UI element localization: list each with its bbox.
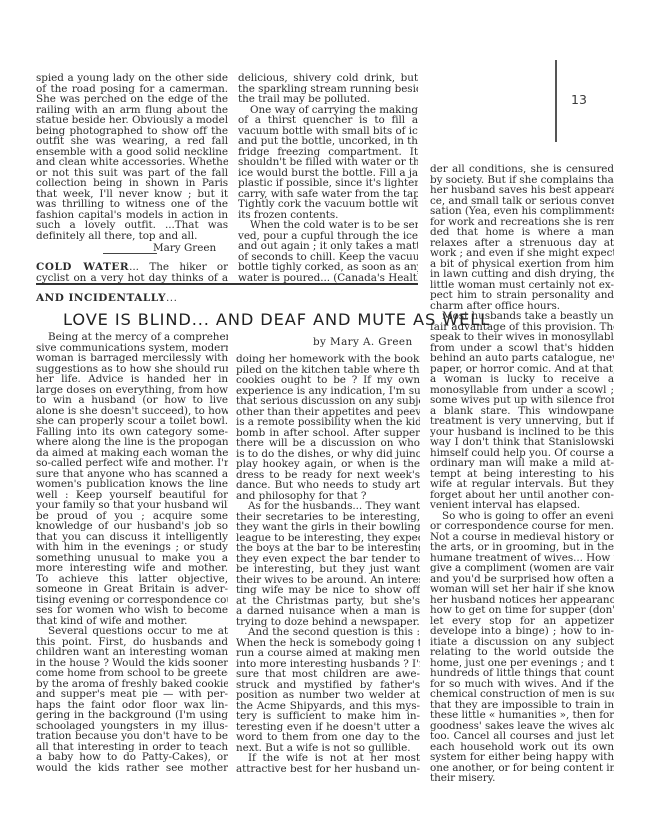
article-headline: LOVE IS BLIND... AND DEAF AND MUTE AS WE… bbox=[63, 310, 490, 329]
text-line: doing her homework with the books bbox=[236, 354, 420, 365]
text-line: all that interesting in order to teach bbox=[36, 742, 228, 753]
text-line: they want the girls in their bowling bbox=[236, 522, 420, 533]
text-line: wife at regular intervals. But they bbox=[430, 479, 614, 490]
text-line: is to do the dishes, or why did juinor bbox=[236, 449, 420, 460]
text-line: suggestions as to how she should run bbox=[36, 364, 228, 375]
text-line: piled on the kitchen table where the bbox=[236, 365, 420, 376]
text-line: haps the faint odor floor wax lin- bbox=[36, 700, 228, 711]
text-line: and supper's meat pie — with per- bbox=[36, 689, 228, 700]
text-line: home, just one per evenings ; and the bbox=[430, 658, 614, 669]
text-line: ce, and small talk or serious conver- bbox=[430, 196, 614, 207]
text-line: teresting even if he doesn't utter a bbox=[236, 722, 420, 733]
text-line: that kind of wife and mother. bbox=[36, 616, 228, 627]
text-line: with him in the evenings ; or study bbox=[36, 542, 228, 553]
text-line: sation (Yea, even his complimments) bbox=[430, 206, 614, 217]
text-line: more interesting wife and mother. bbox=[36, 563, 228, 574]
text-line: and you'd be surprised how often a bbox=[430, 574, 614, 585]
text-line: charm after office hours. bbox=[430, 301, 614, 312]
text-line: its frozen contents. bbox=[238, 210, 418, 221]
text-line: for so much with wives. And if the bbox=[430, 679, 614, 690]
text-line: experience is any indication, I'm sure bbox=[236, 386, 420, 397]
text-line: sure that most children are awe- bbox=[236, 669, 420, 680]
text-line: When the heck is somebody going to bbox=[236, 638, 420, 649]
text-line: speak to their wives in monosyllables bbox=[430, 332, 614, 343]
text-line: give a compliment (women are vain, bbox=[430, 563, 614, 574]
text-line: da aimed at making each woman the bbox=[36, 448, 228, 459]
text-line: run a course aimed at making men bbox=[236, 648, 420, 659]
text-line: from under a scowl that's hidden bbox=[430, 343, 614, 354]
text-line: or not this suit was part of the fall bbox=[36, 168, 228, 179]
text-line: such a lovely outfit. ...That was bbox=[36, 220, 228, 231]
text-line: dress to be ready for next week's bbox=[236, 470, 420, 481]
text-line: plastic if possible, since it's lighter … bbox=[238, 178, 418, 189]
cold-water-line2: cyclist on a very hot day thinks of a bbox=[36, 273, 228, 284]
text-line: forget about her until another con- bbox=[430, 490, 614, 501]
text-line: that week, I'll never know ; but it bbox=[36, 189, 228, 200]
text-line: vacuum bottle with small bits of ice bbox=[238, 126, 418, 137]
text-line: shouldn't be filled with water or the bbox=[238, 157, 418, 168]
text-line: As for the husbands... They want bbox=[236, 501, 420, 512]
text-line: One way of carrying the makings bbox=[238, 105, 418, 116]
text-line: himself could help you. Of course any bbox=[430, 448, 614, 459]
cold-water-column-1: COLD WATER... The hiker or cyclist on a … bbox=[36, 262, 228, 283]
text-line: little woman must certainly not ex- bbox=[430, 280, 614, 291]
article-column-1: Being at the mercy of a comprehen-sive c… bbox=[36, 332, 228, 773]
text-line: being photographed to show off the bbox=[36, 126, 228, 137]
text-line: that they are impossible to train in bbox=[430, 700, 614, 711]
text-line: hundreds of little things that count bbox=[430, 668, 614, 679]
text-line: their secretaries to be interesting, bbox=[236, 512, 420, 523]
text-line: a baby how to do Patty-Cakes), or bbox=[36, 752, 228, 763]
text-line: other than their appetites and peeves, bbox=[236, 407, 420, 418]
text-line: their misery. bbox=[430, 773, 614, 784]
text-line: goodness' sakes leave the wives alone bbox=[430, 721, 614, 732]
cold-water-lead-in: COLD WATER bbox=[36, 262, 129, 273]
text-line: to win a husband (or how to live bbox=[36, 395, 228, 406]
text-line: the trail may be polluted. bbox=[238, 94, 418, 105]
text-line: relaxes after a strenuous day at bbox=[430, 238, 614, 249]
text-line: by the aroma of freshly baked cookies bbox=[36, 679, 228, 690]
text-line: be interesting, but they just want bbox=[236, 564, 420, 575]
article-kicker: AND INCIDENTALLY... bbox=[36, 292, 177, 304]
text-line: tising evening or correspondence cour- bbox=[36, 595, 228, 606]
text-line: children want an interesting woman bbox=[36, 647, 228, 658]
page-number: 13 bbox=[571, 92, 587, 107]
text-line: her life. Advice is handed her in bbox=[36, 374, 228, 385]
text-line: delicious, shivery cold drink, but bbox=[238, 73, 418, 84]
text-line: that you can discuss it intelligently bbox=[36, 532, 228, 543]
text-line: how to get on time for supper (don't bbox=[430, 605, 614, 616]
text-line: fridge freezing compartment. It bbox=[238, 147, 418, 158]
text-line: fashion capital's models in action in bbox=[36, 210, 228, 221]
text-line: let every stop for an appetizer bbox=[430, 616, 614, 627]
text-line: venient interval has elapsed. bbox=[430, 500, 614, 511]
text-line: their wives to be around. An interes- bbox=[236, 575, 420, 586]
text-line: her husband notices her appearance) ; bbox=[430, 595, 614, 606]
text-line: behind an auto parts catalogue, news- bbox=[430, 353, 614, 364]
text-line: ting wife may be nice to show off bbox=[236, 585, 420, 596]
text-line: of a thirst quencher is to fill a bbox=[238, 115, 418, 126]
article-column-3: der all conditions, she is censuredby so… bbox=[430, 164, 614, 784]
text-line: When the cold water is to be ser- bbox=[238, 220, 418, 231]
text-line: something unusual to make you a bbox=[36, 553, 228, 564]
text-line: Not a course in medieval history or bbox=[430, 532, 614, 543]
text-line: and clean white accessories. Whether bbox=[36, 157, 228, 168]
text-line: each household work out its own bbox=[430, 742, 614, 753]
text-line: treatment is very unnerving, but if bbox=[430, 416, 614, 427]
text-line: by society. But if she complains that bbox=[430, 175, 614, 186]
text-line: a blank stare. This windowpane bbox=[430, 406, 614, 417]
text-line: one another, or for being content in bbox=[430, 763, 614, 774]
text-line: definitely all there, top and all. bbox=[36, 231, 228, 242]
text-line: sure that anyone who has scanned a bbox=[36, 469, 228, 480]
text-line: outfit she was wearing, a red fall bbox=[36, 136, 228, 147]
text-line: a darned nuisance when a man is bbox=[236, 606, 420, 617]
text-line: schoolaged youngsters in my illus- bbox=[36, 721, 228, 732]
text-line: She was perched on the edge of the bbox=[36, 94, 228, 105]
text-line: If the wife is not at her most bbox=[236, 753, 420, 764]
text-line: too. Cancel all courses and just let bbox=[430, 731, 614, 742]
text-line: system for either being happy with bbox=[430, 752, 614, 763]
text-line: chemical construction of men is such bbox=[430, 689, 614, 700]
text-line: for work and recreations she is remin- bbox=[430, 217, 614, 228]
text-line: develope into a binge) ; how to in- bbox=[430, 626, 614, 637]
text-line: itiate a discussion on any subject bbox=[430, 637, 614, 648]
text-line: be proud of you ; acquire some bbox=[36, 511, 228, 522]
text-line: and put the bottle, uncorked, in the bbox=[238, 136, 418, 147]
text-line: woman is barraged mercilessly with bbox=[36, 353, 228, 364]
text-line: in the house ? Would the kids sooner bbox=[36, 658, 228, 669]
text-line: at the Christmas party, but she's bbox=[236, 596, 420, 607]
text-line: Falling into its own category some- bbox=[36, 427, 228, 438]
text-line: collection being in shown in Paris bbox=[36, 178, 228, 189]
text-line: was thrilling to witness one of the bbox=[36, 199, 228, 210]
text-line: into more interesting husbands ? I'm bbox=[236, 659, 420, 670]
text-line: trying to doze behind a newspaper. bbox=[236, 617, 420, 628]
text-line: cookies ought to be ? If my own bbox=[236, 375, 420, 386]
text-line: of the road posing for a camerman. bbox=[36, 84, 228, 95]
text-line: play hookey again, or when is the bbox=[236, 459, 420, 470]
text-line: pect him to strain personality and bbox=[430, 290, 614, 301]
text-line: next. But a wife is not so gullible. bbox=[236, 743, 420, 754]
article-byline: by Mary A. Green bbox=[313, 336, 413, 348]
text-line: woman will set her hair if she knows bbox=[430, 584, 614, 595]
kicker-text: AND INCIDENTALLY bbox=[36, 292, 166, 304]
text-line: ses for women who wish to become bbox=[36, 605, 228, 616]
text-line: come home from school to be greeted bbox=[36, 668, 228, 679]
text-line: tration because you don't have to be bbox=[36, 731, 228, 742]
text-line: she can properly scour a toilet bowl. bbox=[36, 416, 228, 427]
text-line: sive communications system, modern bbox=[36, 343, 228, 354]
text-line: would the kids rather see mother bbox=[36, 763, 228, 774]
text-line: and philosophy for that ? bbox=[236, 491, 420, 502]
text-line: league to be interesting, they expect bbox=[236, 533, 420, 544]
cold-water-line1-rest: The hiker or bbox=[139, 262, 228, 273]
text-line: water is poured... (Canada's Health) bbox=[238, 273, 418, 284]
text-line: der all conditions, she is censured bbox=[430, 164, 614, 175]
cold-water-column-2: delicious, shivery cold drink, butthe sp… bbox=[238, 73, 418, 283]
text-line: tempt at being interesting to his bbox=[430, 469, 614, 480]
text-line: Most husbands take a beastly un- bbox=[430, 311, 614, 322]
text-line: alone is she doesn't succeed), to how bbox=[36, 406, 228, 417]
text-line: ensemble with a good solid neckline bbox=[36, 147, 228, 158]
text-line: well : Keep yourself beautiful for bbox=[36, 490, 228, 501]
text-line: or correspondence course for men. bbox=[430, 521, 614, 532]
text-line: Several questions occur to me at bbox=[36, 626, 228, 637]
cold-water-lead-ellipsis: ... bbox=[129, 262, 139, 273]
article-column-2: doing her homework with the bookspiled o… bbox=[236, 354, 420, 774]
text-line: monosyllable from under a scowl ; bbox=[430, 385, 614, 396]
text-line: gering in the background (I'm using bbox=[36, 710, 228, 721]
text-line: carry, with safe water from the tap. bbox=[238, 189, 418, 200]
text-line: To achieve this latter objective, bbox=[36, 574, 228, 585]
text-line: humane treatment of wives... How to bbox=[430, 553, 614, 564]
text-line: Being at the mercy of a comprehen- bbox=[36, 332, 228, 343]
text-line: the boys at the bar to be interesting, bbox=[236, 543, 420, 554]
text-line: fair advantage of this provision. They bbox=[430, 322, 614, 333]
text-line: spied a young lady on the other side bbox=[36, 73, 228, 84]
text-line: way I don't think that Stanislowski bbox=[430, 437, 614, 448]
text-line: tery is sufficient to make him in- bbox=[236, 711, 420, 722]
text-line: Tightly cork the vacuum bottle with bbox=[238, 199, 418, 210]
text-line: large doses on everything, from how bbox=[36, 385, 228, 396]
section-divider bbox=[36, 283, 418, 285]
text-line: ordinary man will make a mild at- bbox=[430, 458, 614, 469]
text-line: a bit of physical exertion from him bbox=[430, 259, 614, 270]
text-line: ded that home is where a man bbox=[430, 227, 614, 238]
text-line: knowledge of our husband's job so bbox=[36, 521, 228, 532]
text-line: position as number two welder at bbox=[236, 690, 420, 701]
text-line: the sparkling stream running beside bbox=[238, 84, 418, 95]
text-line: struck and mystified by father's bbox=[236, 680, 420, 691]
text-line: and out again ; it only takes a matter bbox=[238, 241, 418, 252]
text-line: her husband saves his best appearan- bbox=[430, 185, 614, 196]
text-line: relating to the world outside the bbox=[430, 647, 614, 658]
text-line: statue beside her. Obviously a model bbox=[36, 115, 228, 126]
text-line: they even expect the bar tender to bbox=[236, 554, 420, 565]
text-line: there will be a discussion on who bbox=[236, 438, 420, 449]
text-line: someone in Great Britain is adver- bbox=[36, 584, 228, 595]
top-article-column-1: spied a young lady on the other sideof t… bbox=[36, 73, 228, 241]
text-line: paper, or horror comic. And at that, bbox=[430, 364, 614, 375]
text-line: is a remote possibility when the kids bbox=[236, 417, 420, 428]
cold-water-lead-line: COLD WATER... The hiker or bbox=[36, 262, 228, 273]
text-line: bottle tighly corked, as soon as any bbox=[238, 262, 418, 273]
text-line: the arts, or in grooming, but in the bbox=[430, 542, 614, 553]
text-line: And the second question is this : bbox=[236, 627, 420, 638]
text-line: dance. But who needs to study art bbox=[236, 480, 420, 491]
text-line: some wives put up with silence from bbox=[430, 395, 614, 406]
text-line: the Acme Shipyards, and this mys- bbox=[236, 701, 420, 712]
signature-rule bbox=[103, 253, 157, 254]
top-article-signature: Mary Green bbox=[153, 242, 216, 254]
text-line: in lawn cutting and dish drying, the bbox=[430, 269, 614, 280]
page-number-rule bbox=[555, 60, 557, 142]
text-line: where along the line is the propogan bbox=[36, 437, 228, 448]
text-line: railing with an arm flung about the bbox=[36, 105, 228, 116]
text-line: women's publication knows the line bbox=[36, 479, 228, 490]
text-line: so-called perfect wife and mother. I'm bbox=[36, 458, 228, 469]
text-line: ice would burst the bottle. Fill a jar, bbox=[238, 168, 418, 179]
text-line: word to them from one day to the bbox=[236, 732, 420, 743]
text-line: of seconds to chill. Keep the vacuum bbox=[238, 252, 418, 263]
text-line: bomb in after school. After supper bbox=[236, 428, 420, 439]
kicker-ellipsis: ... bbox=[166, 292, 178, 304]
text-line: ved, pour a cupful through the ice bbox=[238, 231, 418, 242]
text-line: these little « humanities », then for bbox=[430, 710, 614, 721]
text-line: So who is going to offer an evening bbox=[430, 511, 614, 522]
text-line: your family so that your husband will bbox=[36, 500, 228, 511]
text-line: work ; and even if she might expect bbox=[430, 248, 614, 259]
text-line: attractive best for her husband un- bbox=[236, 764, 420, 775]
text-line: that serious discussion on any subject bbox=[236, 396, 420, 407]
text-line: this point. First, do husbands and bbox=[36, 637, 228, 648]
text-line: a woman is lucky to receive a bbox=[430, 374, 614, 385]
text-line: your husband is inclined to be this bbox=[430, 427, 614, 438]
